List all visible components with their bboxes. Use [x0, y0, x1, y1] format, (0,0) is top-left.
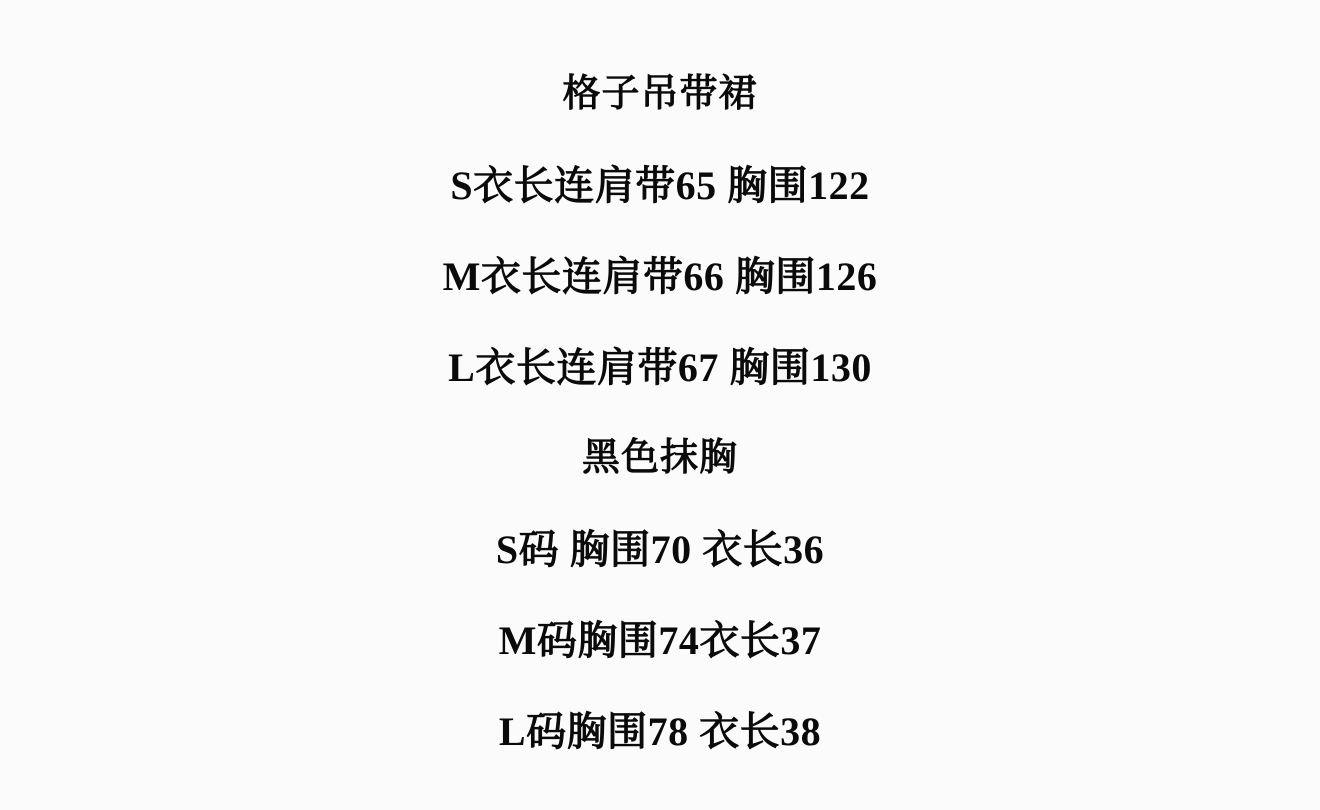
- section-title-black-tube-top: 黑色抹胸: [0, 413, 1320, 504]
- size-row-tube-m: M码胸围74衣长37: [0, 595, 1320, 686]
- size-row-tube-s: S码 胸围70 衣长36: [0, 504, 1320, 595]
- section-title-plaid-dress: 格子吊带裙: [0, 49, 1320, 140]
- size-row-dress-m: M衣长连肩带66 胸围126: [0, 231, 1320, 322]
- size-row-tube-l: L码胸围78 衣长38: [0, 686, 1320, 777]
- size-chart: 格子吊带裙 S衣长连肩带65 胸围122 M衣长连肩带66 胸围126 L衣长连…: [0, 0, 1320, 777]
- size-row-dress-s: S衣长连肩带65 胸围122: [0, 140, 1320, 231]
- section-black-tube-top: 黑色抹胸 S码 胸围70 衣长36 M码胸围74衣长37 L码胸围78 衣长38: [0, 413, 1320, 777]
- size-row-dress-l: L衣长连肩带67 胸围130: [0, 322, 1320, 413]
- section-plaid-dress: 格子吊带裙 S衣长连肩带65 胸围122 M衣长连肩带66 胸围126 L衣长连…: [0, 49, 1320, 413]
